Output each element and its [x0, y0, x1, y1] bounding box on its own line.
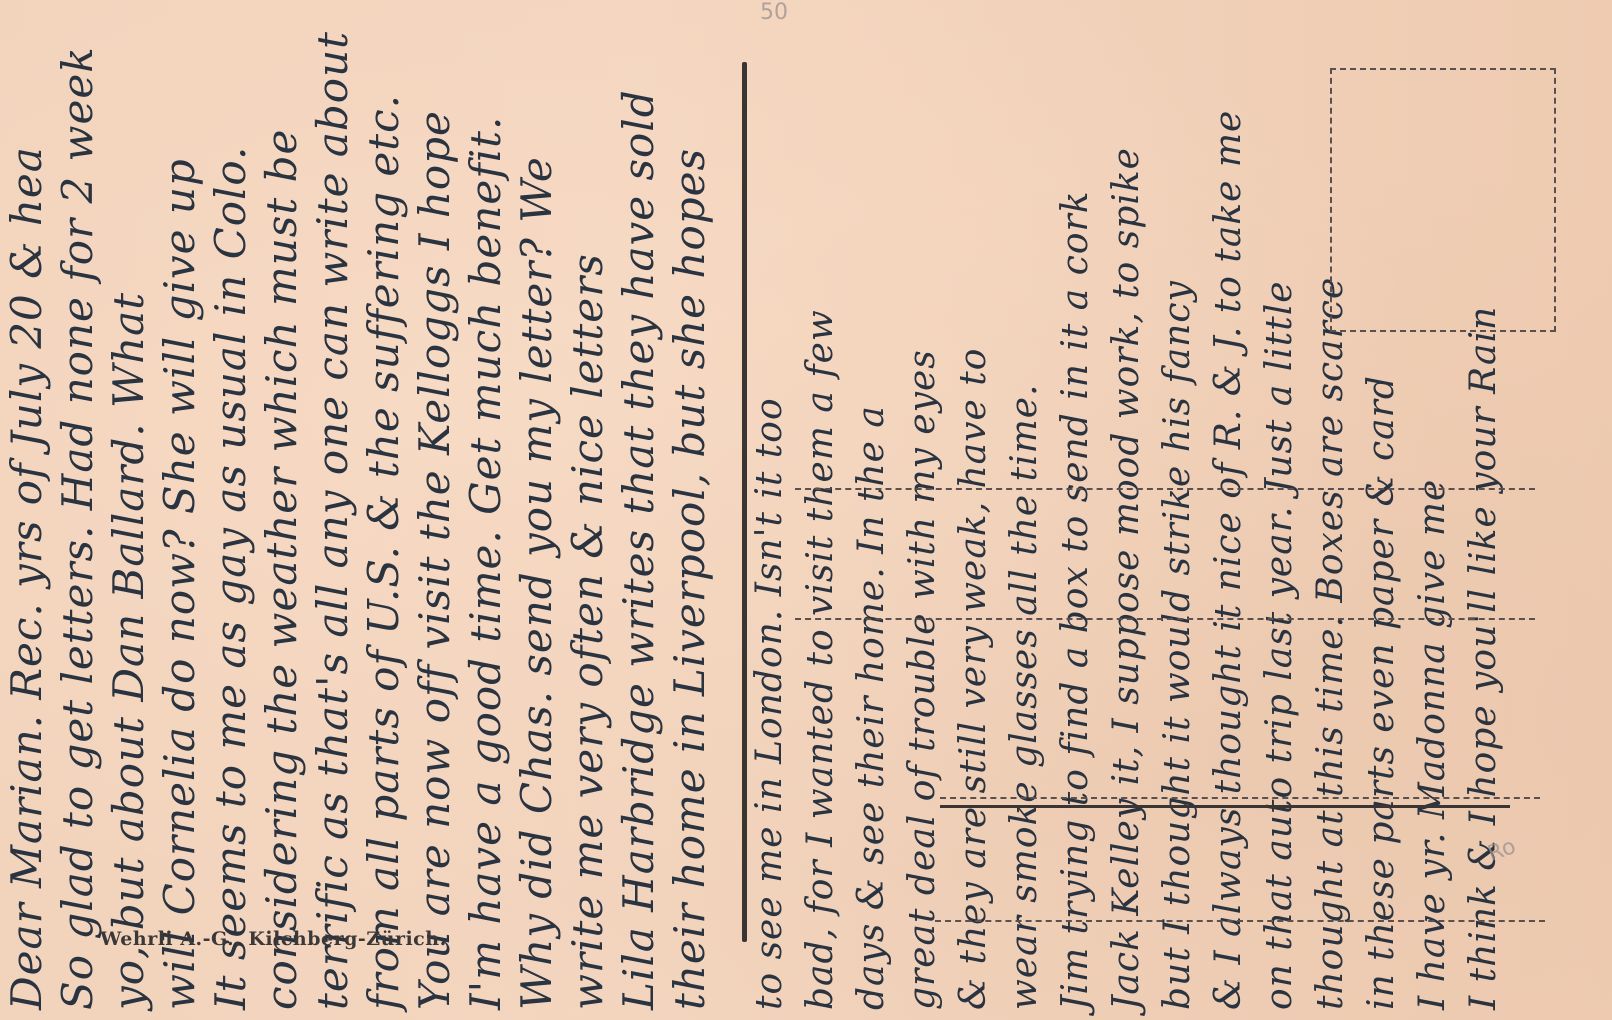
postcard: Dear Marian. Rec. yrs of July 20 & heaSo… — [0, 0, 1612, 1020]
address-solid-line — [940, 805, 1510, 808]
handwritten-line: bad, for I wanted to visit them a few — [803, 309, 839, 1010]
handwritten-line: Why did Chas. send you my letter? We — [516, 156, 558, 1010]
handwritten-line: It seems to me as gay as usual in Colo. — [210, 146, 252, 1010]
handwritten-line: from all parts of U.S. & the suffering e… — [363, 94, 405, 1010]
handwritten-line: You are now off visit the Kelloggs I hop… — [414, 110, 456, 1010]
handwritten-line: Dear Marian. Rec. yrs of July 20 & hea — [6, 146, 48, 1010]
pencil-mark-top: 50 — [760, 0, 788, 25]
address-guide-line-1 — [795, 488, 1535, 490]
handwritten-line: but I thought it would strike his fancy — [1160, 280, 1196, 1010]
handwritten-line: wear smoke glasses all the time. — [1007, 384, 1043, 1010]
handwritten-line: considering the weather which must be — [261, 129, 303, 1010]
handwritten-line: I think & I hope you'll like your Rain — [1466, 306, 1502, 1010]
handwritten-line: in these parts even paper & card — [1364, 375, 1400, 1010]
handwritten-line: Jack Kelley it, I suppose mood work, to … — [1109, 147, 1145, 1010]
handwritten-line: on that auto trip last year. Just a litt… — [1262, 280, 1298, 1010]
handwritten-line: will Cornelia do now? She will give up — [159, 158, 201, 1010]
publisher-imprint: Wehrli A.-G., Kilchberg-Zürich. — [100, 928, 447, 950]
address-guide-line-4 — [935, 920, 1545, 922]
handwritten-line: to see me in London. Isn't it too — [752, 397, 788, 1010]
handwritten-line: terrific as that's all any one can write… — [312, 31, 354, 1010]
handwritten-line: Lila Harbridge writes that they have sol… — [618, 89, 660, 1010]
handwritten-line: & they are still very weak, have to — [956, 348, 992, 1010]
handwritten-line: yo, but about Dan Ballard. What — [108, 292, 150, 1010]
handwritten-line: days & see their home. In the a — [854, 405, 890, 1010]
handwritten-line: So glad to get letters. Had none for 2 w… — [57, 46, 99, 1010]
address-guide-line-3 — [940, 797, 1540, 799]
handwritten-line: I'm have a good time. Get much benefit. — [465, 116, 507, 1010]
handwritten-line: Jim trying to find a box to send in it a… — [1058, 190, 1094, 1010]
center-divider-line — [742, 62, 747, 942]
handwritten-line: I have yr. Madonna give me — [1415, 479, 1451, 1010]
handwritten-line: write me very often & nice letters — [567, 253, 609, 1010]
handwritten-line: great deal of trouble with my eyes — [905, 349, 941, 1010]
handwritten-line: their home in Liverpool, but she hopes — [669, 148, 711, 1010]
stamp-box — [1330, 68, 1556, 332]
handwritten-line: & I always thought it nice of R. & J. to… — [1211, 110, 1247, 1010]
address-guide-line-2 — [795, 618, 1535, 620]
handwritten-line: thought at this time. Boxes are scarce — [1313, 277, 1349, 1010]
